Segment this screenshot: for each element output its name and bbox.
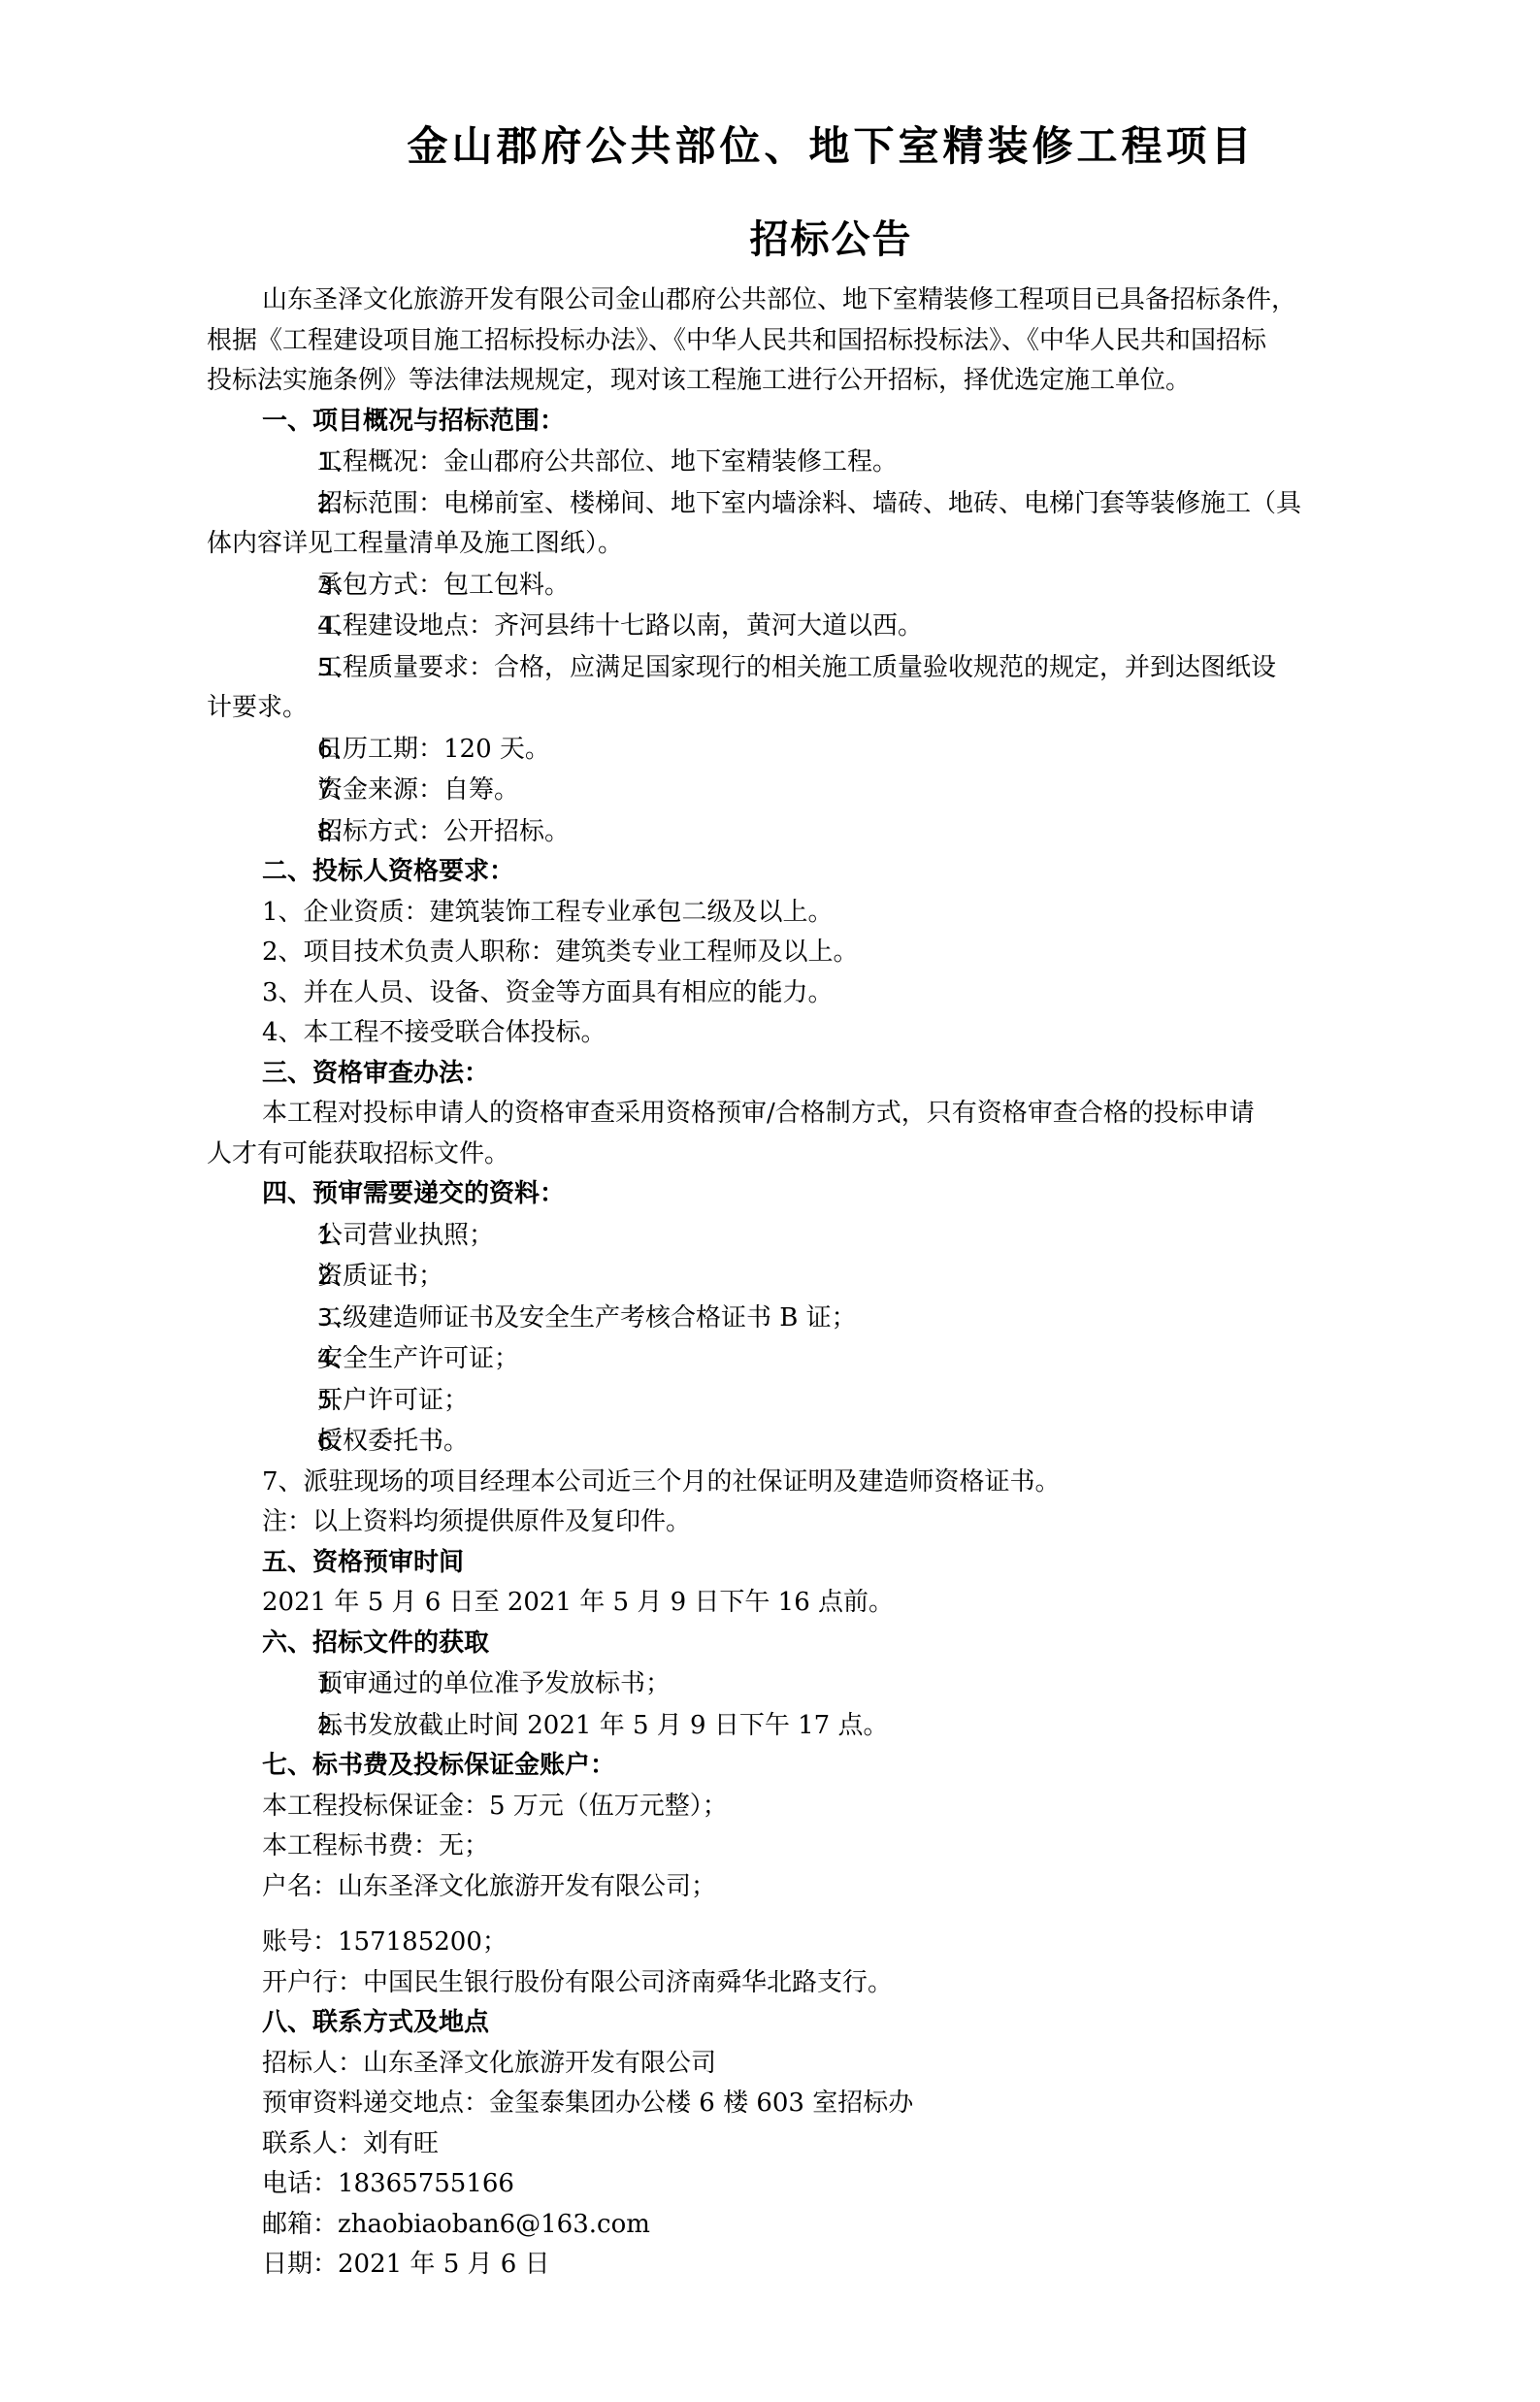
item-text: 二级建造师证书及安全生产考核合格证书 B 证； (317, 1303, 857, 1333)
section-heading: 八、联系方式及地点 (207, 2003, 1349, 2044)
list-item: 4、工程建设地点：齐河县纬十七路以南，黄河大道以西。 (207, 606, 1349, 647)
item-text: 工程概况：金山郡府公共部位、地下室精装修工程。 (317, 447, 898, 477)
item-text: 标书发放截止时间 2021 年 5 月 9 日下午 17 点。 (317, 1711, 888, 1740)
doc-line: 体内容详见工程量清单及施工图纸）。 (207, 524, 1349, 565)
doc-line: 本工程对投标申请人的资格审查采用资格预审/合格制方式，只有资格审查合格的投标申请 (207, 1094, 1349, 1135)
item-number: 7、 (262, 770, 317, 810)
list-item: 1、企业资质：建筑装饰工程专业承包二级及以上。 (207, 893, 1349, 934)
list-item: 2、标书发放截止时间 2021 年 5 月 9 日下午 17 点。 (207, 1705, 1349, 1747)
section-heading: 五、资格预审时间 (207, 1543, 1349, 1584)
section-heading: 三、资格审查办法： (207, 1054, 1349, 1095)
section-heading: 六、招标文件的获取 (207, 1624, 1349, 1664)
item-number: 1、 (262, 1663, 317, 1704)
list-item: 6、授权委托书。 (207, 1421, 1349, 1463)
item-text: 安全生产许可证； (317, 1344, 519, 1373)
list-item: 3、承包方式：包工包料。 (207, 565, 1349, 607)
list-item: 2、招标范围：电梯前室、楼梯间、地下室内墙涂料、墙砖、地砖、电梯门套等装修施工（… (207, 483, 1349, 525)
doc-title: 金山郡府公共部位、地下室精装修工程项目 (313, 124, 1349, 169)
doc-line: 本工程投标保证金：5 万元（伍万元整）； (207, 1787, 1349, 1827)
section-heading: 一、项目概况与招标范围： (207, 402, 1349, 443)
item-number: 1、 (262, 442, 317, 482)
list-item: 2、资质证书； (207, 1256, 1349, 1298)
doc-subtitle: 招标公告 (313, 218, 1349, 261)
list-item: 6、日历工期：120 天。 (207, 729, 1349, 771)
item-text: 开户许可证； (317, 1386, 469, 1415)
item-text: 日历工期：120 天。 (317, 735, 550, 764)
item-text: 资质证书； (317, 1262, 443, 1291)
list-item: 3、二级建造师证书及安全生产考核合格证书 B 证； (207, 1298, 1349, 1339)
item-text: 招标方式：公开招标。 (317, 817, 570, 846)
list-item: 8、招标方式：公开招标。 (207, 811, 1349, 853)
doc-line: 联系人：刘有旺 (207, 2124, 1349, 2165)
doc-line: 本工程标书费：无； (207, 1826, 1349, 1867)
document-header: 金山郡府公共部位、地下室精装修工程项目 招标公告 (207, 124, 1349, 261)
doc-line: 电话：18365755166 (207, 2164, 1349, 2205)
list-item: 2、项目技术负责人职称：建筑类专业工程师及以上。 (207, 933, 1349, 973)
doc-line: 人才有可能获取招标文件。 (207, 1135, 1349, 1175)
item-number: 2、 (262, 1705, 317, 1746)
item-text: 工程质量要求：合格，应满足国家现行的相关施工质量验收规范的规定，并到达图纸设 (317, 653, 1276, 682)
item-number: 5、 (262, 647, 317, 688)
item-text: 承包方式：包工包料。 (317, 571, 570, 600)
item-number: 3、 (262, 565, 317, 606)
item-number: 4、 (262, 606, 317, 646)
item-text: 资金来源：自筹。 (317, 775, 519, 805)
item-number: 5、 (262, 1380, 317, 1421)
section-heading: 四、预审需要递交的资料： (207, 1174, 1349, 1215)
list-item: 4、安全生产许可证； (207, 1338, 1349, 1380)
list-item: 4、本工程不接受联合体投标。 (207, 1013, 1349, 1054)
list-item: 1、预审通过的单位准予发放标书； (207, 1663, 1349, 1705)
list-item: 7、派驻现场的项目经理本公司近三个月的社保证明及建造师资格证书。 (207, 1463, 1349, 1503)
doc-line: 计要求。 (207, 688, 1349, 729)
document-body: 山东圣泽文化旅游开发有限公司金山郡府公共部位、地下室精装修工程项目已具备招标条件… (207, 280, 1349, 2286)
item-number: 6、 (262, 1421, 317, 1462)
item-text: 授权委托书。 (317, 1427, 469, 1456)
item-number: 1、 (262, 1215, 317, 1256)
doc-line: 户名：山东圣泽文化旅游开发有限公司； (207, 1867, 1349, 1908)
item-text: 工程建设地点：齐河县纬十七路以南，黄河大道以西。 (317, 611, 923, 641)
list-item: 1、工程概况：金山郡府公共部位、地下室精装修工程。 (207, 442, 1349, 483)
list-item: 3、并在人员、设备、资金等方面具有相应的能力。 (207, 973, 1349, 1014)
document-page: 金山郡府公共部位、地下室精装修工程项目 招标公告 山东圣泽文化旅游开发有限公司金… (0, 0, 1540, 2402)
item-number: 2、 (262, 1256, 317, 1297)
list-item: 5、开户许可证； (207, 1380, 1349, 1422)
section-heading: 二、投标人资格要求： (207, 852, 1349, 893)
doc-line: 投标法实施条例》等法律法规规定，现对该工程施工进行公开招标，择优选定施工单位。 (207, 361, 1349, 402)
list-item: 5、工程质量要求：合格，应满足国家现行的相关施工质量验收规范的规定，并到达图纸设 (207, 647, 1349, 689)
item-number: 3、 (262, 1298, 317, 1338)
doc-line: 邮箱：zhaobiaoban6@163.com (207, 2205, 1349, 2246)
item-number: 2、 (262, 483, 317, 524)
doc-line: 日期：2021 年 5 月 6 日 (207, 2245, 1349, 2286)
doc-line: 招标人：山东圣泽文化旅游开发有限公司 (207, 2044, 1349, 2085)
list-item: 1、公司营业执照； (207, 1215, 1349, 1257)
doc-line: 2021 年 5 月 6 日至 2021 年 5 月 9 日下午 16 点前。 (207, 1583, 1349, 1624)
doc-line: 开户行：中国民生银行股份有限公司济南舜华北路支行。 (207, 1963, 1349, 2004)
doc-line: 根据《工程建设项目施工招标投标办法》、《中华人民共和国招标投标法》、《中华人民共… (207, 321, 1349, 362)
list-item: 7、资金来源：自筹。 (207, 770, 1349, 811)
doc-line: 山东圣泽文化旅游开发有限公司金山郡府公共部位、地下室精装修工程项目已具备招标条件… (207, 280, 1349, 321)
section-heading: 七、标书费及投标保证金账户： (207, 1746, 1349, 1787)
item-text: 预审通过的单位准予发放标书； (317, 1669, 671, 1698)
item-number: 8、 (262, 811, 317, 852)
doc-line: 预审资料递交地点：金玺泰集团办公楼 6 楼 603 室招标办 (207, 2084, 1349, 2124)
doc-line: 注：以上资料均须提供原件及复印件。 (207, 1502, 1349, 1543)
item-number: 6、 (262, 729, 317, 770)
item-text: 公司营业执照； (317, 1221, 494, 1250)
item-number: 4、 (262, 1338, 317, 1379)
doc-line: 账号：157185200； (207, 1923, 1349, 1963)
item-text: 招标范围：电梯前室、楼梯间、地下室内墙涂料、墙砖、地砖、电梯门套等装修施工（具 (317, 489, 1301, 518)
